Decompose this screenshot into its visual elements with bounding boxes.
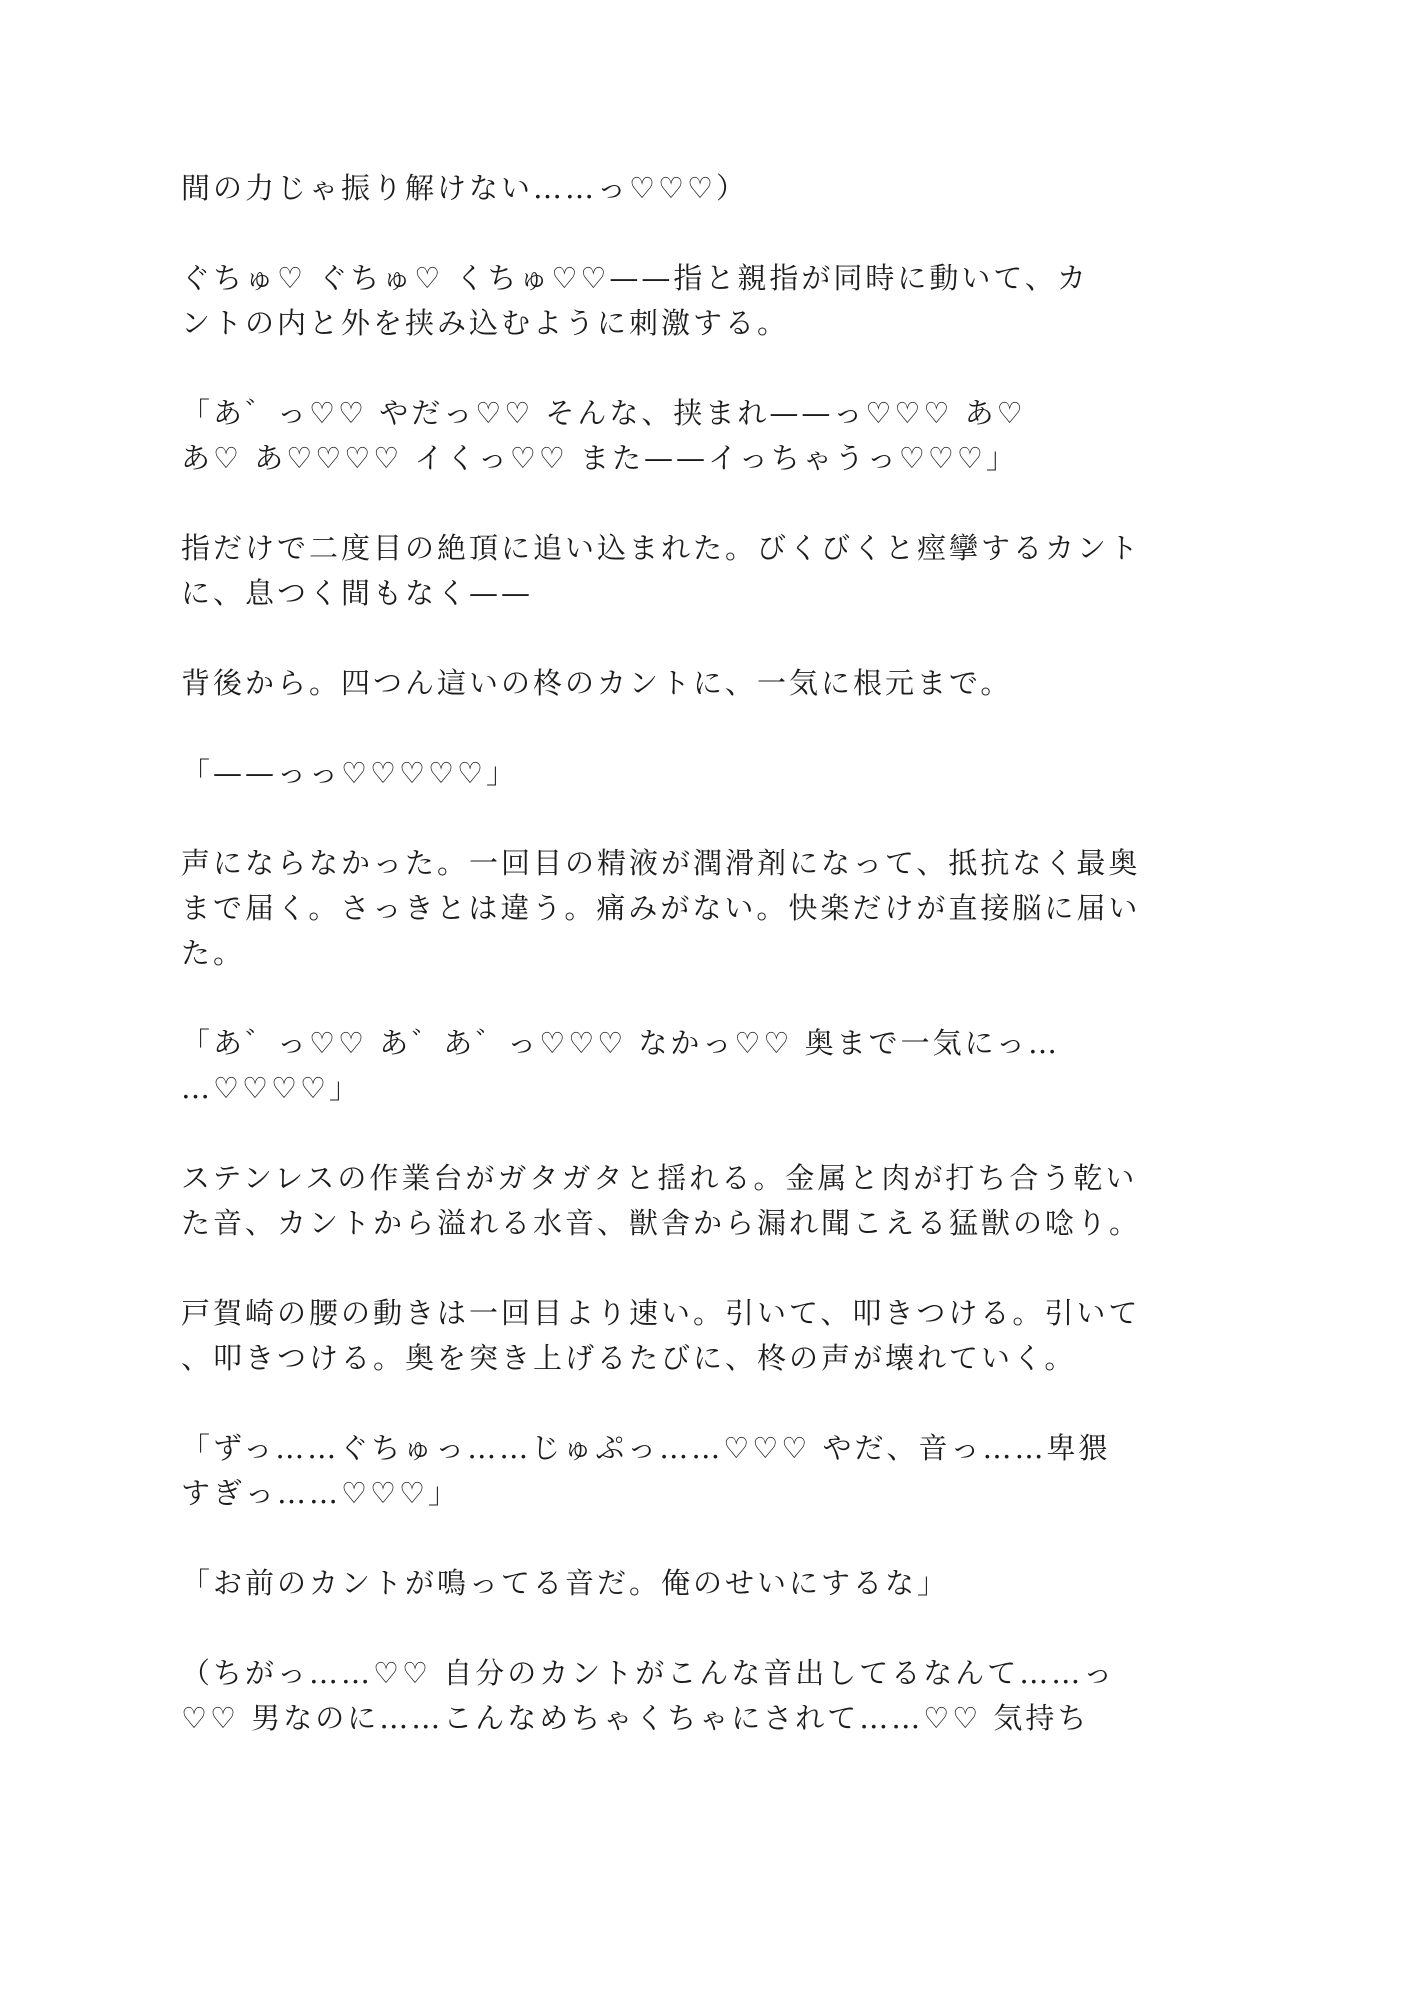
paragraph: 「お前のカントが鳴ってる音だ。俺のせいにするな」	[181, 1561, 1241, 1606]
paragraph-line: ぐちゅ♡ ぐちゅ♡ くちゅ♡♡——指と親指が同時に動いて、カ	[181, 256, 1241, 301]
paragraph-line: まで届く。さっきとは違う。痛みがない。快楽だけが直接脳に届い	[181, 886, 1241, 931]
paragraph-line: 「あ゛っ♡♡ あ゛あ゛っ♡♡♡ なかっ♡♡ 奥まで一気にっ…	[181, 1021, 1241, 1066]
paragraph-line: （ちがっ……♡♡ 自分のカントがこんな音出してるなんて……っ	[181, 1651, 1241, 1696]
paragraph-line: ステンレスの作業台がガタガタと揺れる。金属と肉が打ち合う乾い	[181, 1156, 1241, 1201]
paragraph-line: 声にならなかった。一回目の精液が潤滑剤になって、抵抗なく最奥	[181, 841, 1241, 886]
paragraph-line: 「お前のカントが鳴ってる音だ。俺のせいにするな」	[181, 1561, 1241, 1606]
paragraph-line: に、息つく間もなく——	[181, 571, 1241, 616]
paragraph: 「ずっ……ぐちゅっ……じゅぷっ……♡♡♡ やだ、音っ……卑猥 すぎっ……♡♡♡」	[181, 1426, 1241, 1516]
paragraph: ステンレスの作業台がガタガタと揺れる。金属と肉が打ち合う乾い た音、カントから溢…	[181, 1156, 1241, 1246]
paragraph-line: 「あ゛っ♡♡ やだっ♡♡ そんな、挟まれ——っ♡♡♡ あ♡	[181, 391, 1241, 436]
paragraph-line: 「ずっ……ぐちゅっ……じゅぷっ……♡♡♡ やだ、音っ……卑猥	[181, 1426, 1241, 1471]
paragraph: 「あ゛っ♡♡ あ゛あ゛っ♡♡♡ なかっ♡♡ 奥まで一気にっ… …♡♡♡♡」	[181, 1021, 1241, 1111]
paragraph: 間の力じゃ振り解けない……っ♡♡♡）	[181, 166, 1241, 211]
paragraph: 指だけで二度目の絶頂に追い込まれた。びくびくと痙攣するカント に、息つく間もなく…	[181, 526, 1241, 616]
paragraph: （ちがっ……♡♡ 自分のカントがこんな音出してるなんて……っ ♡♡ 男なのに………	[181, 1651, 1241, 1741]
paragraph-line: すぎっ……♡♡♡」	[181, 1471, 1241, 1516]
paragraph-line: 「——っっ♡♡♡♡♡」	[181, 751, 1241, 796]
paragraph-line: 指だけで二度目の絶頂に追い込まれた。びくびくと痙攣するカント	[181, 526, 1241, 571]
paragraph: 「——っっ♡♡♡♡♡」	[181, 751, 1241, 796]
paragraph: ぐちゅ♡ ぐちゅ♡ くちゅ♡♡——指と親指が同時に動いて、カ ントの内と外を挟み…	[181, 256, 1241, 346]
paragraph: 「あ゛っ♡♡ やだっ♡♡ そんな、挟まれ——っ♡♡♡ あ♡ あ♡ あ♡♡♡♡ イ…	[181, 391, 1241, 481]
document-page: 間の力じゃ振り解けない……っ♡♡♡） ぐちゅ♡ ぐちゅ♡ くちゅ♡♡——指と親指…	[0, 0, 1415, 2000]
paragraph-line: 背後から。四つん這いの柊のカントに、一気に根元まで。	[181, 661, 1241, 706]
paragraph-line: 戸賀崎の腰の動きは一回目より速い。引いて、叩きつける。引いて	[181, 1291, 1241, 1336]
text-content: 間の力じゃ振り解けない……っ♡♡♡） ぐちゅ♡ ぐちゅ♡ くちゅ♡♡——指と親指…	[181, 166, 1241, 1786]
paragraph-line: ♡♡ 男なのに……こんなめちゃくちゃにされて……♡♡ 気持ち	[181, 1696, 1241, 1741]
paragraph-line: あ♡ あ♡♡♡♡ イくっ♡♡ また——イっちゃうっ♡♡♡」	[181, 436, 1241, 481]
paragraph: 戸賀崎の腰の動きは一回目より速い。引いて、叩きつける。引いて 、叩きつける。奥を…	[181, 1291, 1241, 1381]
paragraph-line: 間の力じゃ振り解けない……っ♡♡♡）	[181, 166, 1241, 211]
paragraph-line: た。	[181, 931, 1241, 976]
paragraph: 声にならなかった。一回目の精液が潤滑剤になって、抵抗なく最奥 まで届く。さっきと…	[181, 841, 1241, 976]
paragraph: 背後から。四つん這いの柊のカントに、一気に根元まで。	[181, 661, 1241, 706]
paragraph-line: …♡♡♡♡」	[181, 1066, 1241, 1111]
paragraph-line: た音、カントから溢れる水音、獣舎から漏れ聞こえる猛獣の唸り。	[181, 1201, 1241, 1246]
paragraph-line: ントの内と外を挟み込むように刺激する。	[181, 301, 1241, 346]
paragraph-line: 、叩きつける。奥を突き上げるたびに、柊の声が壊れていく。	[181, 1336, 1241, 1381]
